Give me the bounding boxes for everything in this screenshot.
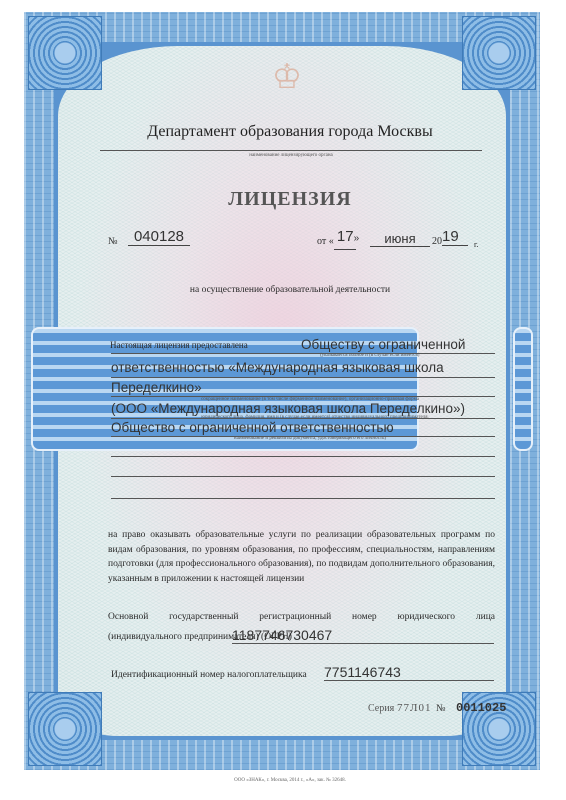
series-value: 77Л01 [397, 702, 431, 714]
date-day-value: 17 [337, 228, 354, 245]
licensee-full-line2: ответственностью «Международная языковая… [111, 360, 444, 375]
date-month: июня [370, 231, 430, 247]
document-title: ЛИЦЕНЗИЯ [80, 188, 500, 211]
license-subject: на осуществление образовательной деятель… [80, 285, 500, 295]
field-line [111, 377, 495, 378]
issuer-caption: наименование лицензирующего органа [100, 153, 482, 158]
date-day-suffix: » [354, 233, 360, 244]
series-label: Серия [368, 703, 394, 714]
date-prefix: от « [317, 236, 334, 247]
inn-label: Идентификационный номер налогоплательщик… [111, 670, 307, 680]
license-number: 040128 [128, 228, 190, 246]
date-day-underline [334, 249, 356, 250]
licensee-full-line1: Обществу с ограниченной [301, 337, 465, 352]
field-line [111, 456, 495, 457]
blank-number-label: № [436, 703, 446, 714]
date-day: 17» [334, 228, 362, 245]
date-year-prefix: 20 [432, 236, 442, 247]
printer-imprint: ООО «ЗНАК», г. Москва, 2014 г., «А», зак… [180, 778, 400, 783]
date-year-suffix: г. [474, 240, 478, 249]
field-line [111, 498, 495, 499]
caption-identity-doc: наименование и реквизиты документа, удос… [160, 436, 460, 441]
number-label: № [108, 236, 118, 247]
license-content: Департамент образования города Москвы на… [0, 0, 566, 800]
inn-value: 7751146743 [324, 664, 494, 681]
rights-paragraph: на право оказывать образовательные услуг… [108, 528, 495, 586]
licensee-full-line3: Переделкино» [111, 380, 202, 395]
ogrn-value: 1187746730467 [232, 627, 494, 644]
licensee-legal-form: Общество с ограниченной ответственностью [111, 420, 394, 435]
date-year: 19 [442, 228, 468, 246]
issuer-underline [100, 150, 482, 151]
blank-number-value: 0011025 [456, 701, 506, 715]
caption-full-name: (указывается полное и (в случае если име… [320, 353, 500, 358]
licensee-short-name: (ООО «Международная языковая школа Перед… [111, 401, 465, 416]
issuer-name: Департамент образования города Москвы [100, 123, 480, 141]
ogrn-label-line1: Основной государственный регистрационный… [108, 612, 495, 622]
field-line [111, 476, 495, 477]
granted-label: Настоящая лицензия предоставлена [110, 340, 248, 350]
